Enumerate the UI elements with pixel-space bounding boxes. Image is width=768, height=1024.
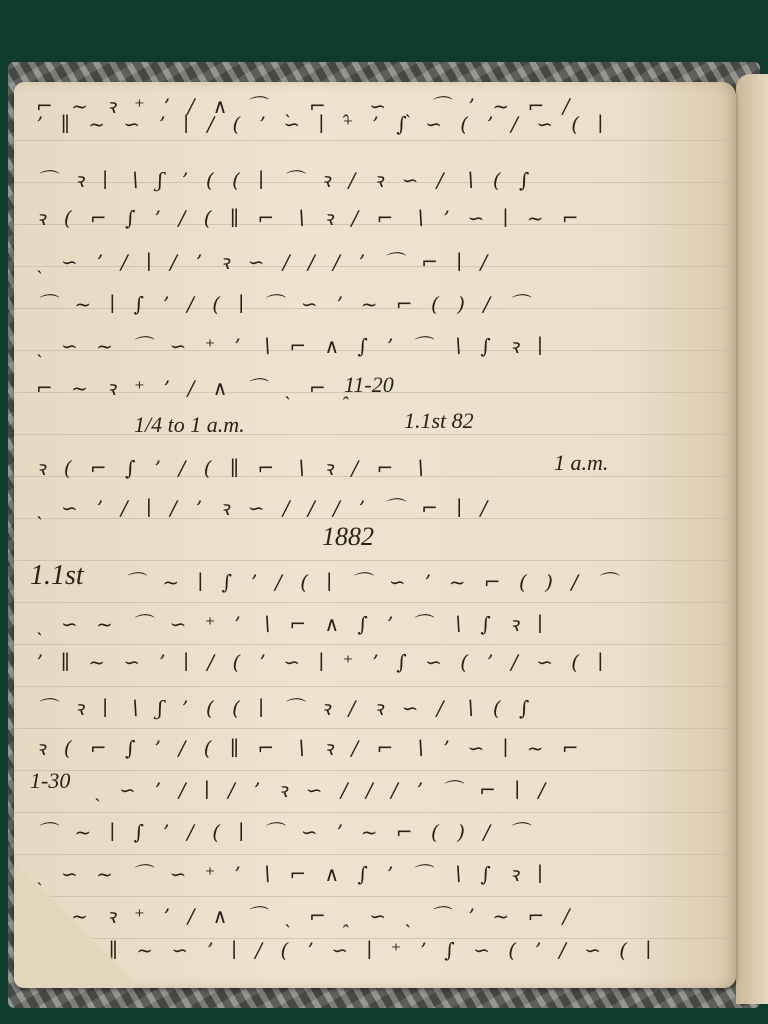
year-heading: 1882	[322, 522, 374, 552]
shorthand-line: ʼ ∥ ~ ∽ ʼ ∣ ∕ ( ʼ ∽ ∣ ⁺ ʼ ∫ ∽ ( ʼ ∕ ∽ ( …	[84, 938, 706, 966]
longhand-time: 1 a.m.	[554, 450, 608, 476]
folded-corner	[14, 848, 134, 988]
shorthand-line: ꝛ ( ⌐ ∫ ʼ ∕ ( ∥ ⌐ ∖ ꝛ ∕ ⌐ ∖ ʼ ∽ ∣ ~ ⌐	[36, 204, 706, 232]
shorthand-line: ⌒ ~ ∣ ∫ ʼ ∕ ( ∣ ⌒ ∽ ʼ ~ ⌐ ( ) ∕ ⌒	[36, 288, 706, 316]
shorthand-line: ⌐ ~ ꝛ ⁺ ʼ ∕ ∧ ⌒ ˎ ⌐ ꞈ ∽ ˎ ⌒ ʼ ~ ⌐ ∕	[36, 372, 356, 400]
longhand-time-range: 1/4 to 1 a.m.	[134, 412, 245, 438]
shorthand-line: ʼ ∥ ~ ∽ ʼ ∣ ∕ ( ʼ ∽ ∣ ⁺ ʼ ∫ ∽ ( ʼ ∕ ∽ ( …	[36, 650, 706, 678]
shorthand-line: ꝛ ( ⌐ ∫ ʼ ∕ ( ∥ ⌐ ∖ ꝛ ∕ ⌐ ∖ ʼ ∽ ∣ ~ ⌐	[36, 454, 436, 482]
shorthand-line: ⌒ ~ ∣ ∫ ʼ ∕ ( ∣ ⌒ ∽ ʼ ~ ⌐ ( ) ∕ ⌒	[124, 566, 706, 594]
shorthand-line: ˎ ∽ ʼ ∕ ∣ ∕ ʼ ꝛ ∽ ∕ ∕ ∕ ʼ ⌒ ⌐ ∣ ∕	[94, 774, 706, 802]
shorthand-line: ˎ ∽ ~ ⌒ ∽ ⁺ ʼ ∖ ⌐ ∧ ∫ ʼ ⌒ ∖ ∫ ꝛ ∣	[36, 330, 706, 358]
shorthand-line: ʼ ∥ ~ ∽ ʼ ∣ ∕ ( ʼ ∽ ∣ ⁺ ʼ ∫ ∽ ( ʼ ∕ ∽ ( …	[36, 112, 706, 140]
notebook-page: ⌐ ~ ꝛ ⁺ ʼ ∕ ∧ ⌒ ˎ ⌐ ꞈ ∽ ˎ ⌒ ʼ ~ ⌐ ∕ ʼ ∥ …	[14, 82, 736, 988]
longhand-date: 1.1st 82	[404, 408, 474, 434]
shorthand-line: ⌒ ꝛ ∣ ∖ ʃ ʼ ( ( ∣ ⌒ ꝛ ∕ ꝛ ∽ ∕ ∖ ( ∫	[36, 692, 706, 720]
facing-page-edge	[736, 74, 768, 1004]
shorthand-line: ꝛ ( ⌐ ∫ ʼ ∕ ( ∥ ⌐ ∖ ꝛ ∕ ⌐ ∖ ʼ ∽ ∣ ~ ⌐	[36, 734, 706, 762]
shorthand-line: ⌒ ~ ∣ ∫ ʼ ∕ ( ∣ ⌒ ∽ ʼ ~ ⌐ ( ) ∕ ⌒	[36, 816, 706, 844]
shorthand-line: ˎ ∽ ʼ ∕ ∣ ∕ ʼ ꝛ ∽ ∕ ∕ ∕ ʼ ⌒ ⌐ ∣ ∕	[36, 246, 706, 274]
shorthand-line: ⌒ ꝛ ∣ ∖ ʃ ʼ ( ( ∣ ⌒ ꝛ ∕ ꝛ ∽ ∕ ∖ ( ∫	[36, 164, 706, 192]
longhand-time: 1-30	[30, 768, 70, 794]
longhand-date-entry: 1.1st	[30, 560, 84, 592]
shorthand-line: ˎ ∽ ~ ⌒ ∽ ⁺ ʼ ∖ ⌐ ∧ ∫ ʼ ⌒ ∖ ∫ ꝛ ∣	[36, 858, 706, 886]
shorthand-line: ˎ ∽ ʼ ∕ ∣ ∕ ʼ ꝛ ∽ ∕ ∕ ∕ ʼ ⌒ ⌐ ∣ ∕	[36, 492, 706, 520]
longhand-time: 11-20	[344, 372, 394, 398]
shorthand-line: ˎ ∽ ~ ⌒ ∽ ⁺ ʼ ∖ ⌐ ∧ ∫ ʼ ⌒ ∖ ∫ ꝛ ∣	[36, 608, 706, 636]
shorthand-line: ⌐ ~ ꝛ ⁺ ʼ ∕ ∧ ⌒ ˎ ⌐ ꞈ ∽ ˎ ⌒ ʼ ~ ⌐ ∕	[36, 900, 706, 928]
